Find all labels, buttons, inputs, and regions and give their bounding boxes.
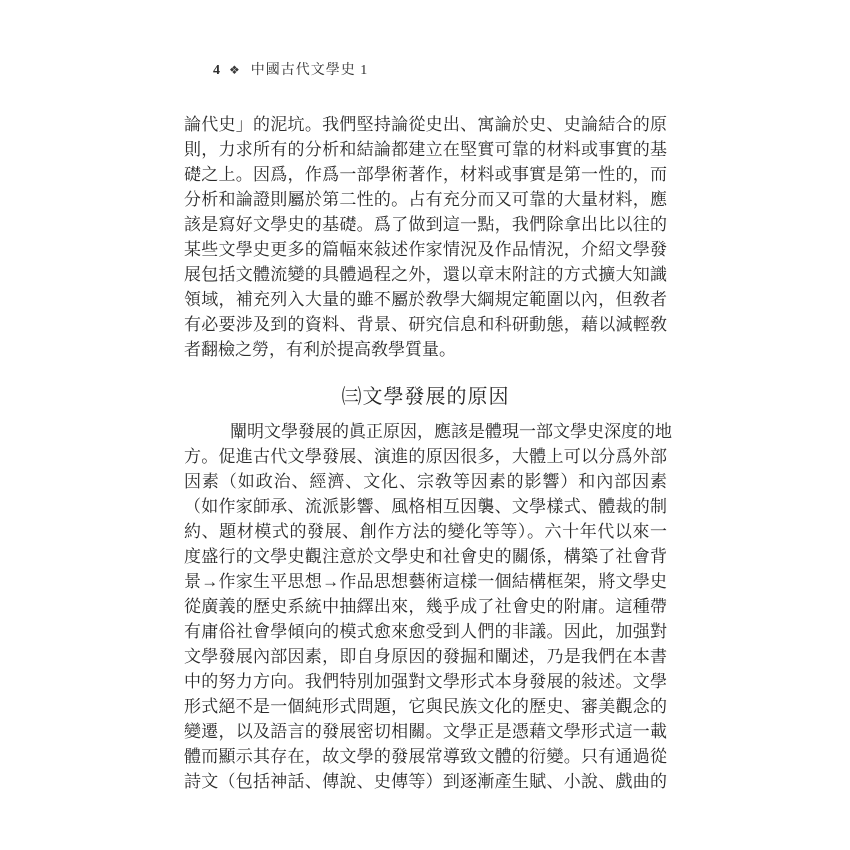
paragraph: 闡明文學發展的眞正原因，應該是體現一部文學史深度的地方。促進古代文學發展、演進的… — [184, 419, 667, 794]
text-line: 展包括文體流變的具體過程之外，還以章末附註的方式擴大知識 — [184, 262, 667, 287]
text-line: 因素（如政治、經濟、文化、宗敎等因素的影響）和內部因素 — [184, 469, 667, 494]
page-body-text: 論代史」的泥坑。我們堅持論從史出、寓論於史、史論結合的原則，力求所有的分析和結論… — [184, 112, 667, 794]
book-title: 中國古代文學史 1 — [251, 63, 369, 78]
text-line: 體而顯示其存在，故文學的發展常導致文體的衍變。只有通過從 — [184, 744, 667, 769]
page-number: 4 — [213, 63, 221, 78]
text-line: 論代史」的泥坑。我們堅持論從史出、寓論於史、史論結合的原 — [184, 112, 667, 137]
book-page: 4❖中國古代文學史 1 論代史」的泥坑。我們堅持論從史出、寓論於史、史論結合的原… — [0, 0, 850, 850]
text-line: 該是寫好文學史的基礎。爲了做到這一點，我們除拿出比以往的 — [184, 212, 667, 237]
paragraph: 論代史」的泥坑。我們堅持論從史出、寓論於史、史論結合的原則，力求所有的分析和結論… — [184, 112, 667, 362]
section-heading: ㈢文學發展的原因 — [184, 383, 667, 412]
text-line: 領域，補充列入大量的雖不屬於敎學大綱規定範圍以內，但敎者 — [184, 287, 667, 312]
text-line: 有必要涉及到的資料、背景、研究信息和科研動態，藉以減輕敎 — [184, 312, 667, 337]
text-line: 詩文（包括神話、傳說、史傳等）到逐漸產生賦、小說、戲曲的 — [184, 769, 667, 794]
text-line: 有庸俗社會學傾向的模式愈來愈受到人們的非議。因此，加强對 — [184, 619, 667, 644]
text-line: 文學發展內部因素，即自身原因的發掘和闡述，乃是我們在本書 — [184, 644, 667, 669]
text-line: 度盛行的文學史觀注意於文學史和社會史的關係，構築了社會背 — [184, 544, 667, 569]
text-line: 某些文學史更多的篇幅來敍述作家情況及作品情況，介紹文學發 — [184, 237, 667, 262]
text-line: 形式絕不是一個純形式問題，它與民族文化的歷史、審美觀念的 — [184, 694, 667, 719]
text-line: 分析和論證則屬於第二性的。占有充分而又可靠的大量材料，應 — [184, 187, 667, 212]
text-line: 礎之上。因爲，作爲一部學術著作，材料或事實是第一性的，而 — [184, 162, 667, 187]
running-header: 4❖中國古代文學史 1 — [213, 60, 368, 81]
text-line: （如作家師承、流派影響、風格相互因襲、文學樣式、體裁的制 — [184, 494, 667, 519]
text-line: 中的努力方向。我們特別加强對文學形式本身發展的敍述。文學 — [184, 669, 667, 694]
diamond-ornament-icon: ❖ — [229, 63, 241, 77]
text-line: 則，力求所有的分析和結論都建立在堅實可靠的材料或事實的基 — [184, 137, 667, 162]
text-line: 者翻檢之勞，有利於提高敎學質量。 — [184, 337, 667, 362]
text-line: 從廣義的歷史系統中抽繹出來，幾乎成了社會史的附庸。這種帶 — [184, 594, 667, 619]
text-line: 方。促進古代文學發展、演進的原因很多，大體上可以分爲外部 — [184, 444, 667, 469]
text-line: 變遷，以及語言的發展密切相關。文學正是憑藉文學形式這一載 — [184, 719, 667, 744]
text-line: 約、題材模式的發展、創作方法的變化等等）。六十年代以來一 — [184, 519, 667, 544]
text-line: 闡明文學發展的眞正原因，應該是體現一部文學史深度的地 — [184, 419, 667, 444]
text-line: 景→作家生平思想→作品思想藝術這樣一個結構框架，將文學史 — [184, 569, 667, 594]
